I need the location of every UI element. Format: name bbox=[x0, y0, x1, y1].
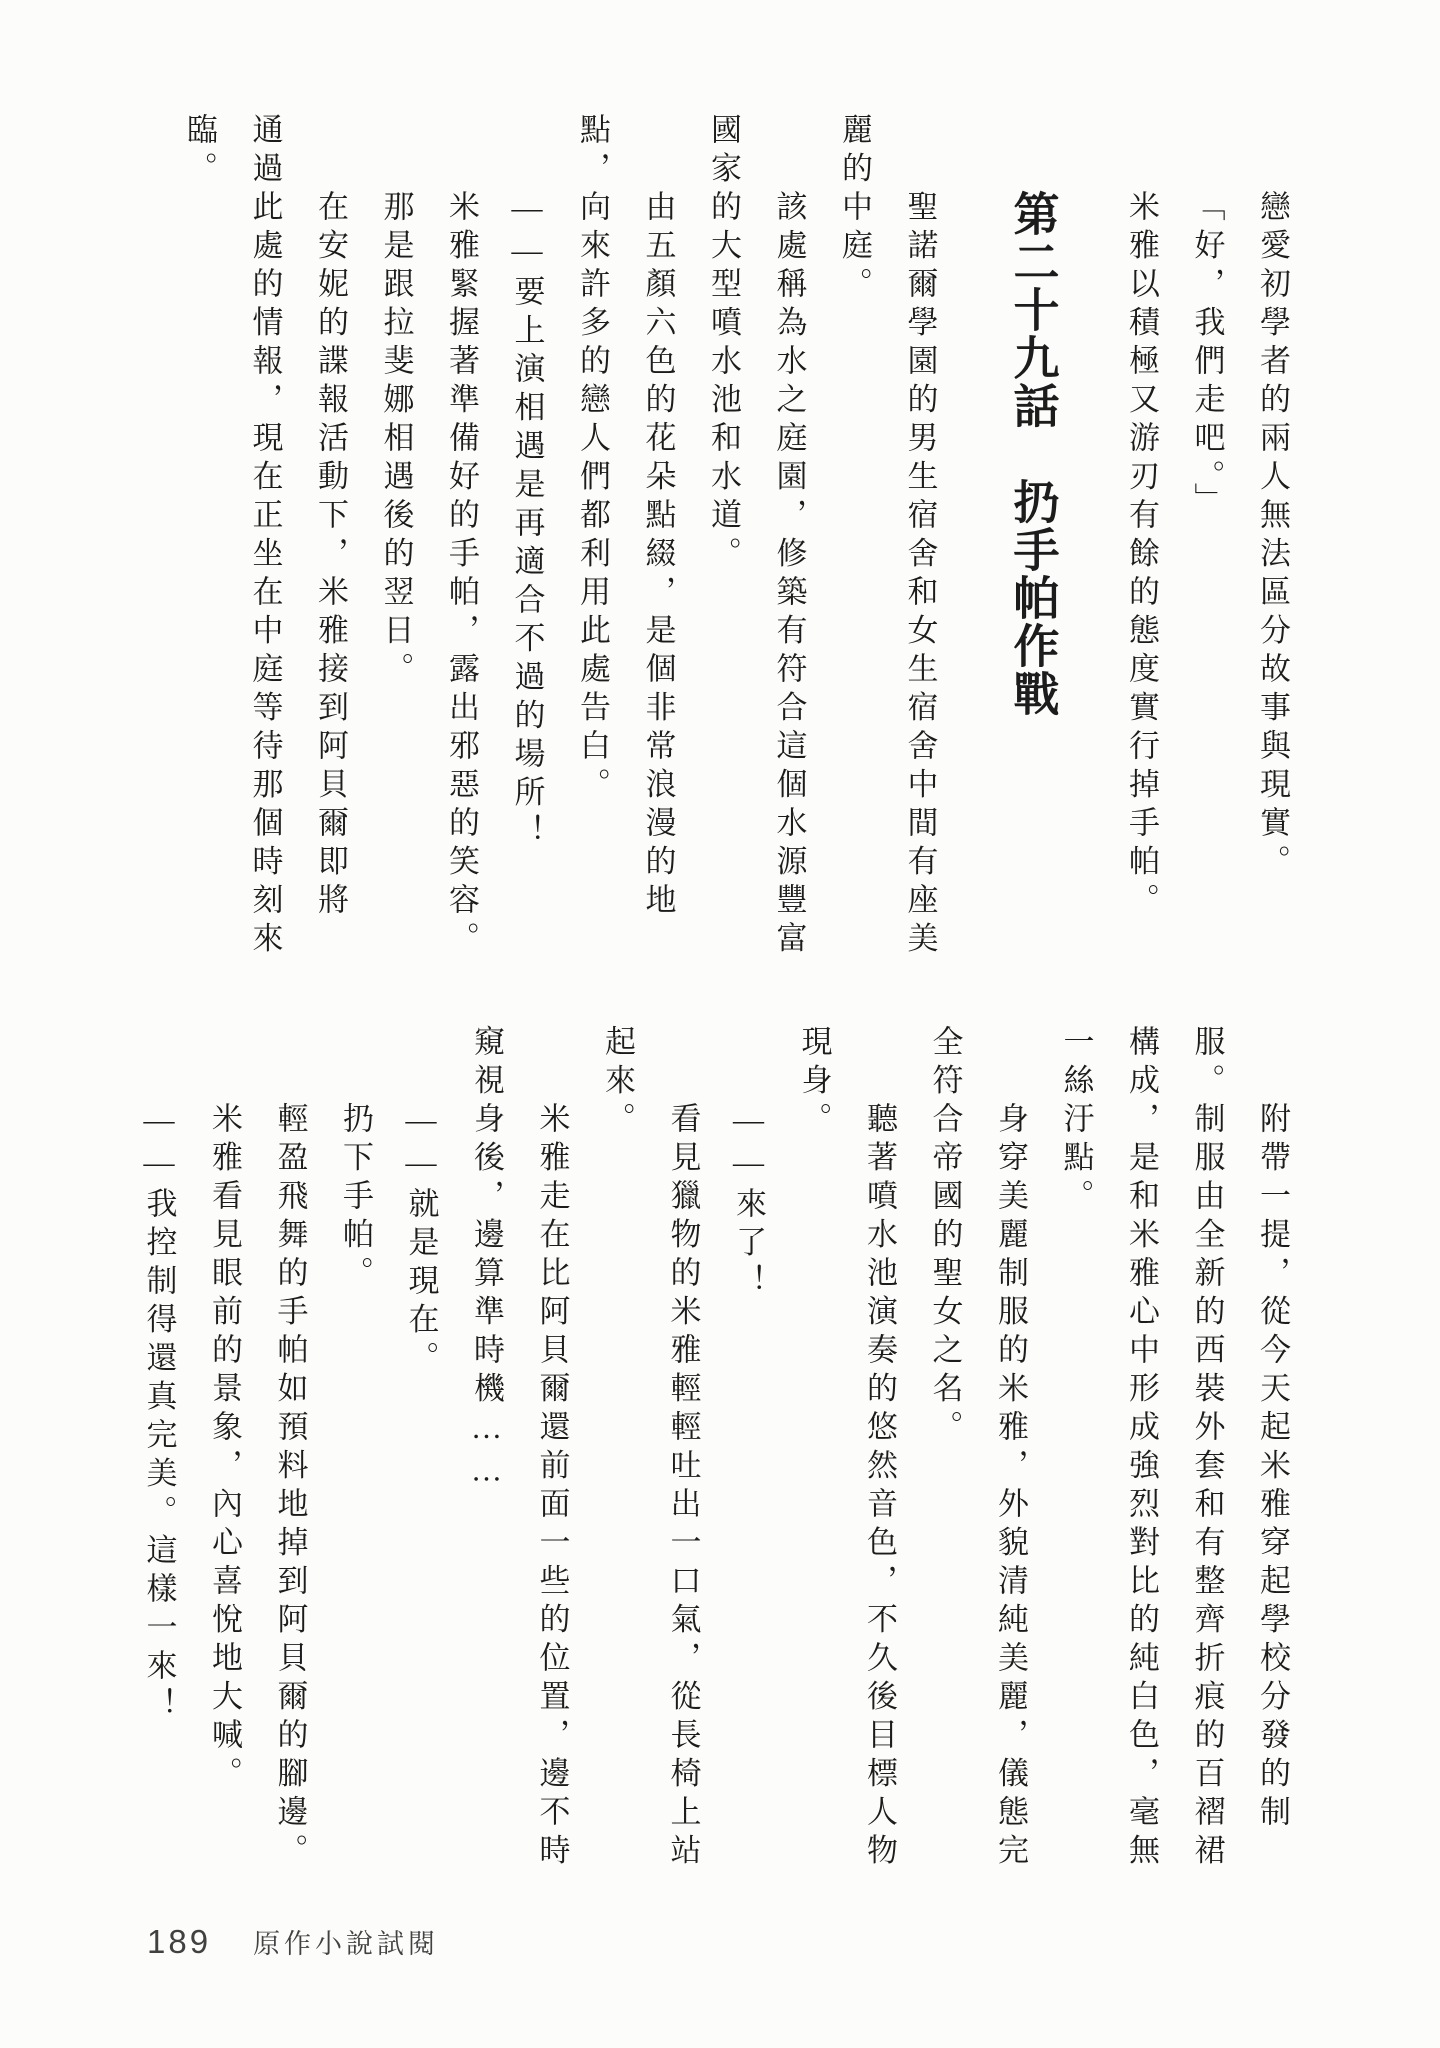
text-column: 扔下手帕。 bbox=[323, 1025, 389, 1878]
text-column: 臨。 bbox=[167, 113, 233, 966]
text-column: 國家的大型噴水池和水道。 bbox=[691, 113, 757, 966]
chapter-title: 第二十九話 扔手帕作戰 bbox=[963, 113, 1103, 966]
page-footer: 189 原作小說試閱 bbox=[147, 1922, 439, 1961]
text-band-top: 戀愛初學者的兩人無法區分故事與現實。「好，我們走吧。」米雅以積極又游刃有餘的態度… bbox=[167, 113, 1306, 966]
text-column: 「好，我們走吧。」 bbox=[1174, 113, 1240, 966]
text-column: 米雅走在比阿貝爾還前面一些的位置，邊不時 bbox=[519, 1025, 585, 1878]
text-column: 麗的中庭。 bbox=[822, 113, 888, 966]
text-column: 由五顏六色的花朵點綴，是個非常浪漫的地 bbox=[625, 113, 691, 966]
text-column: 那是跟拉斐娜相遇後的翌日。 bbox=[363, 113, 429, 966]
text-column: 身穿美麗制服的米雅，外貌清純美麗，儀態完 bbox=[978, 1025, 1044, 1878]
text-column: 一絲汙點。 bbox=[1043, 1025, 1109, 1878]
text-column: 聽著噴水池演奏的悠然音色，不久後目標人物 bbox=[847, 1025, 913, 1878]
text-column: ——要上演相遇是再適合不過的場所！ bbox=[494, 113, 560, 966]
text-column: ——就是現在。 bbox=[388, 1025, 454, 1878]
text-column: ——來了！ bbox=[716, 1025, 782, 1878]
text-column: 構成，是和米雅心中形成強烈對比的純白色，毫無 bbox=[1109, 1025, 1175, 1878]
text-column: 輕盈飛舞的手帕如預料地掉到阿貝爾的腳邊。 bbox=[257, 1025, 323, 1878]
text-column: 在安妮的諜報活動下，米雅接到阿貝爾即將 bbox=[298, 113, 364, 966]
text-band-bottom: 附帶一提，從今天起米雅穿起學校分發的制服。制服由全新的西裝外套和有整齊折痕的百褶… bbox=[126, 1025, 1305, 1878]
text-column: 窺視身後，邊算準時機…… bbox=[454, 1025, 520, 1878]
page-number: 189 bbox=[147, 1923, 211, 1961]
text-column: 該處稱為水之庭園，修築有符合這個水源豐富 bbox=[756, 113, 822, 966]
text-column: 附帶一提，從今天起米雅穿起學校分發的制 bbox=[1240, 1025, 1306, 1878]
book-page: 戀愛初學者的兩人無法區分故事與現實。「好，我們走吧。」米雅以積極又游刃有餘的態度… bbox=[0, 0, 1440, 2048]
text-column: 服。制服由全新的西裝外套和有整齊折痕的百褶裙 bbox=[1174, 1025, 1240, 1878]
text-column: 點，向來許多的戀人們都利用此處告白。 bbox=[560, 113, 626, 966]
text-column: 現身。 bbox=[781, 1025, 847, 1878]
text-column: 起來。 bbox=[585, 1025, 651, 1878]
text-column: 聖諾爾學園的男生宿舍和女生宿舍中間有座美 bbox=[887, 113, 953, 966]
text-column: 米雅看見眼前的景象，內心喜悅地大喊。 bbox=[192, 1025, 258, 1878]
text-column: 全符合帝國的聖女之名。 bbox=[912, 1025, 978, 1878]
text-column: 通過此處的情報，現在正坐在中庭等待那個時刻來 bbox=[232, 113, 298, 966]
text-column: 米雅以積極又游刃有餘的態度實行掉手帕。 bbox=[1109, 113, 1175, 966]
text-column: 看見獵物的米雅輕輕吐出一口氣，從長椅上站 bbox=[650, 1025, 716, 1878]
footer-label: 原作小說試閱 bbox=[253, 1922, 439, 1961]
text-column: 米雅緊握著準備好的手帕，露出邪惡的笑容。 bbox=[429, 113, 495, 966]
text-column: ——我控制得還真完美。這樣一來！ bbox=[126, 1025, 192, 1878]
text-column: 戀愛初學者的兩人無法區分故事與現實。 bbox=[1240, 113, 1306, 966]
